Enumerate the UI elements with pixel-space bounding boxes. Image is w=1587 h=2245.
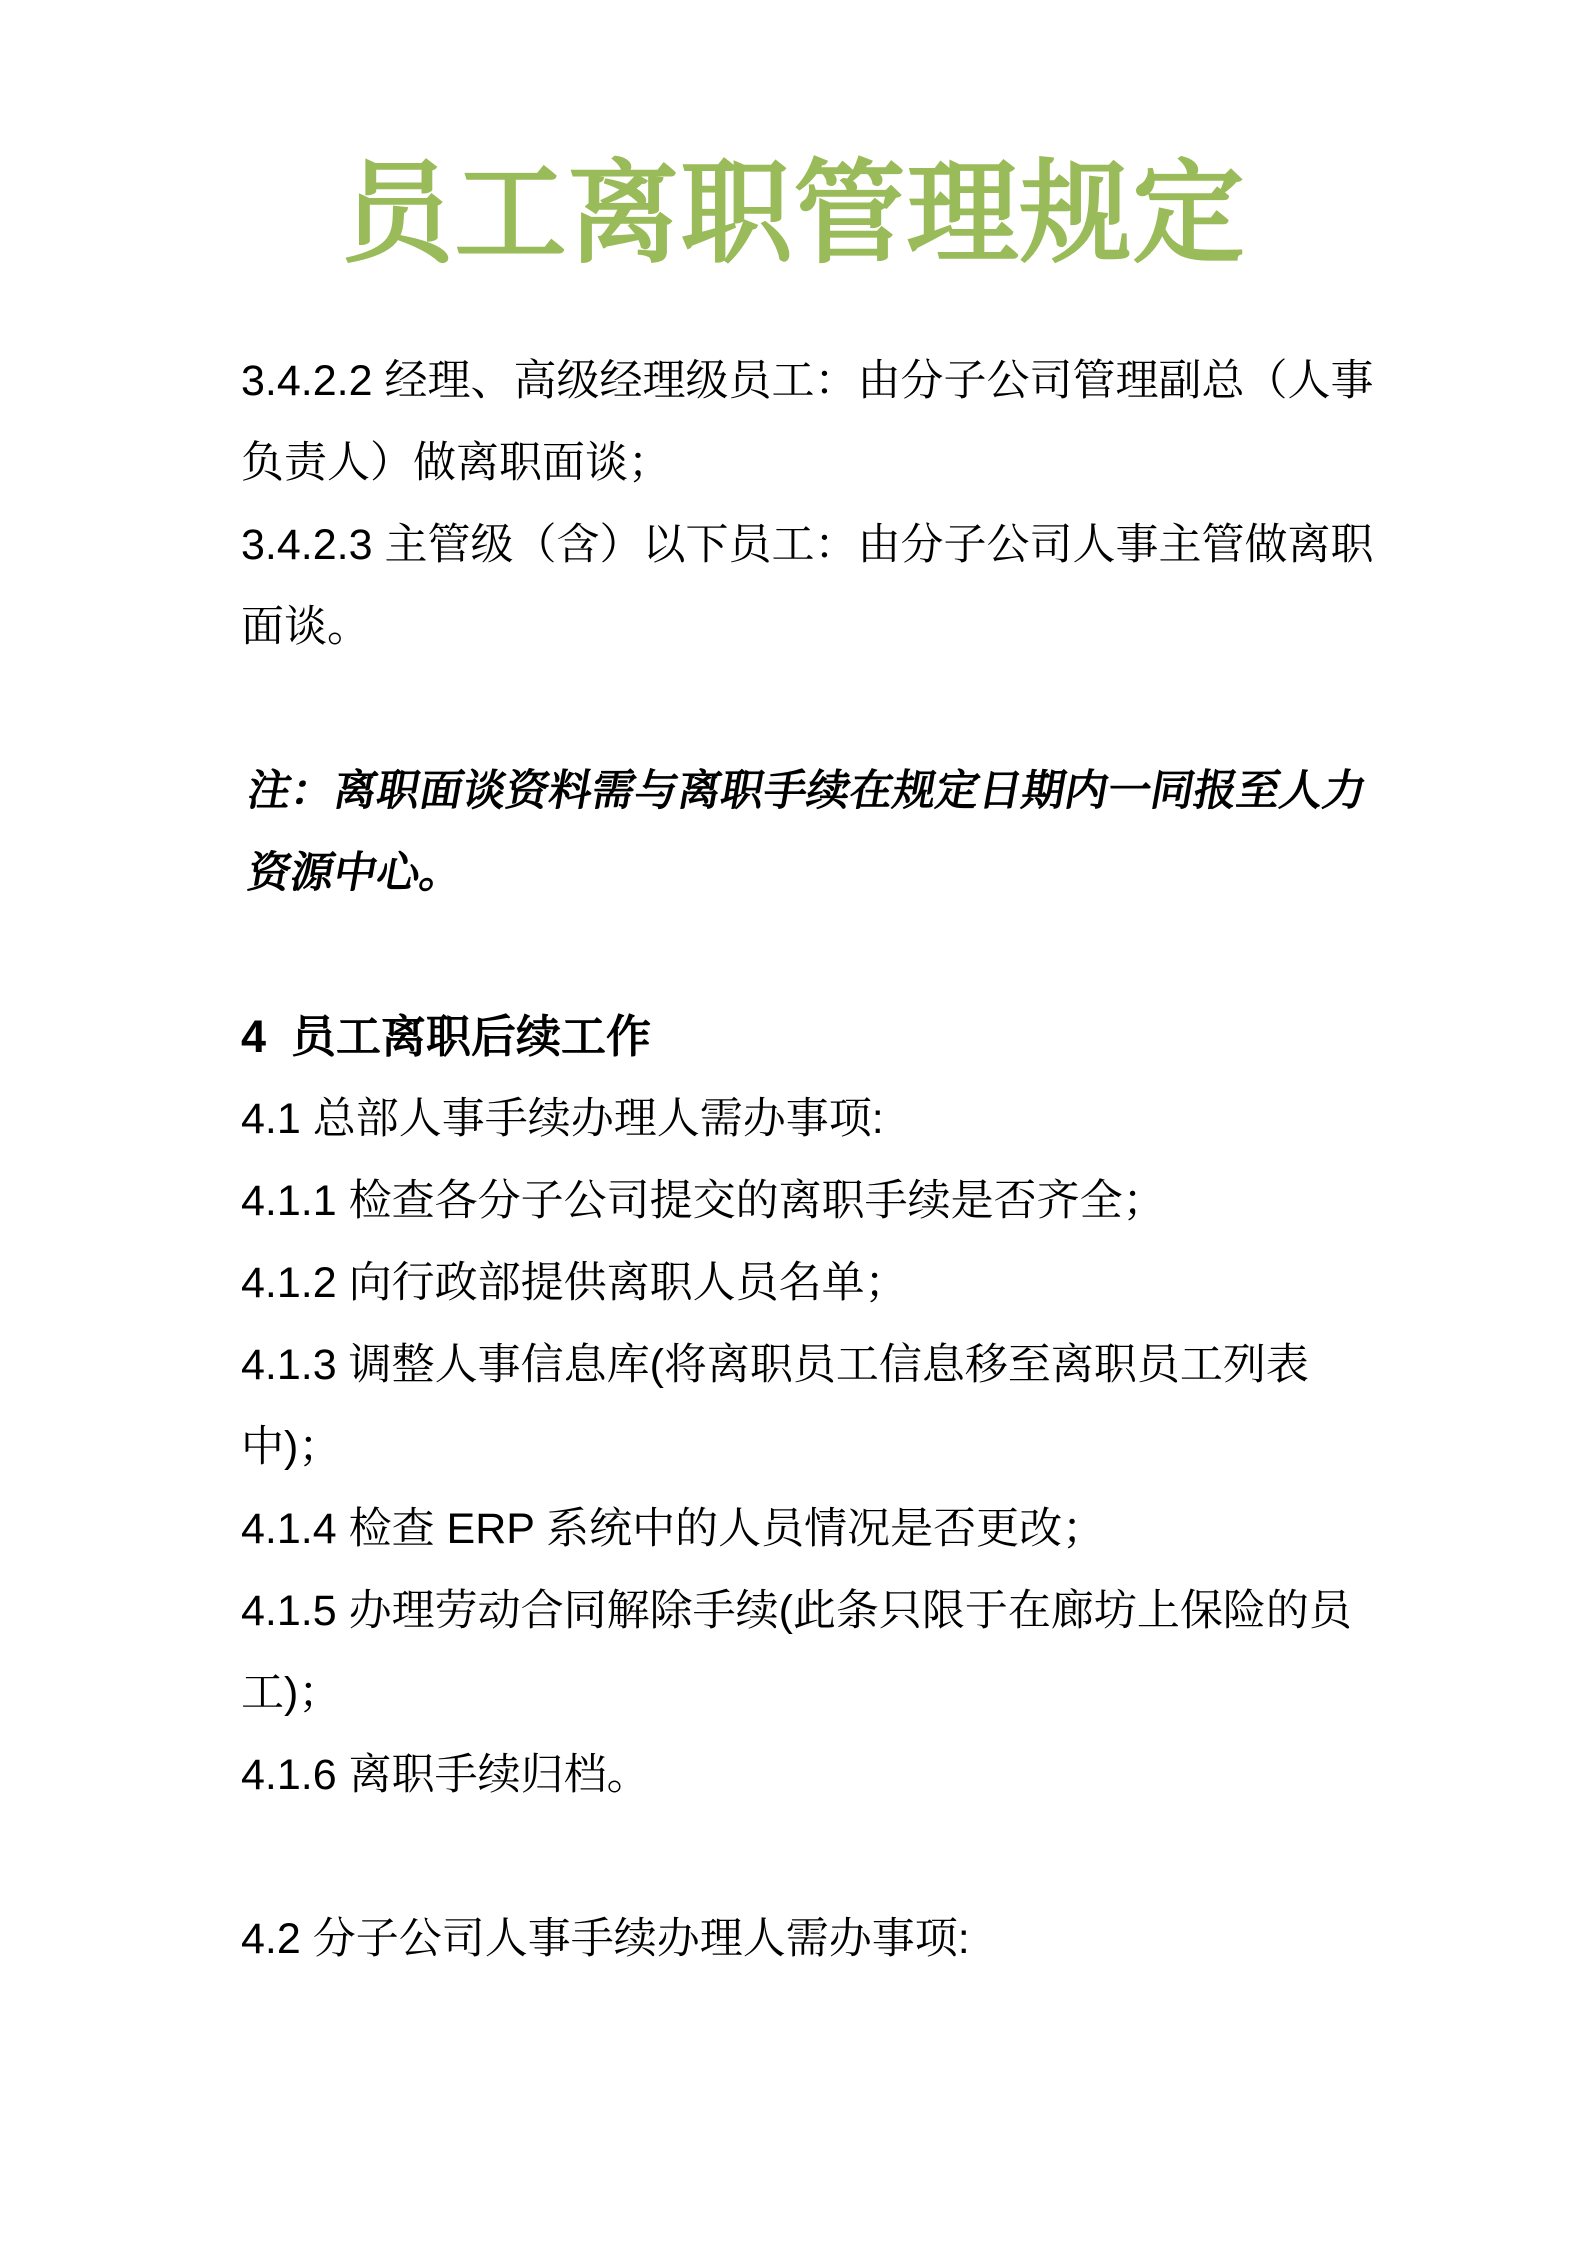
- body-paragraph: 3.4.2.2 经理、高级经理级员工：由分子公司管理副总（人事负责人）做离职面谈…: [241, 340, 1421, 504]
- text-line: 3.4.2.3 主管级（含）以下员工：由分子公司人事主管做离职: [241, 504, 1421, 586]
- document-body: 3.4.2.2 经理、高级经理级员工：由分子公司管理副总（人事负责人）做离职面谈…: [241, 340, 1421, 1980]
- text-line: 面谈。: [241, 586, 1421, 668]
- text-line: 注：离职面谈资料需与离职手续在规定日期内一同报至人力: [241, 750, 1435, 832]
- text-line: 负责人）做离职面谈；: [241, 422, 1421, 504]
- body-paragraph: 4.2 分子公司人事手续办理人需办事项:: [241, 1898, 1421, 1980]
- section-heading: 4 员工离职后续工作: [241, 996, 1421, 1078]
- body-paragraph: 4.1.1 检查各分子公司提交的离职手续是否齐全；: [241, 1160, 1421, 1242]
- paragraph-spacer: [241, 668, 1421, 750]
- body-paragraph: 4.1.4 检查 ERP 系统中的人员情况是否更改；: [241, 1488, 1421, 1570]
- text-line: 资源中心。: [241, 832, 1435, 914]
- body-paragraph: 4.1.5 办理劳动合同解除手续(此条只限于在廊坊上保险的员工)；: [241, 1570, 1421, 1734]
- text-line: 4.1.3 调整人事信息库(将离职员工信息移至离职员工列表: [241, 1324, 1421, 1406]
- document-title: 员工离职管理规定: [0, 148, 1587, 280]
- text-line: 4.1.5 办理劳动合同解除手续(此条只限于在廊坊上保险的员: [241, 1570, 1421, 1652]
- body-paragraph: 4.1 总部人事手续办理人需办事项:: [241, 1078, 1421, 1160]
- text-line: 4.2 分子公司人事手续办理人需办事项:: [241, 1898, 1421, 1980]
- paragraph-spacer: [241, 914, 1421, 996]
- text-line: 4.1.6 离职手续归档。: [241, 1734, 1421, 1816]
- text-line: 工)；: [241, 1652, 1421, 1734]
- paragraph-spacer: [241, 1816, 1421, 1898]
- text-line: 4.1.1 检查各分子公司提交的离职手续是否齐全；: [241, 1160, 1421, 1242]
- text-line: 4.1 总部人事手续办理人需办事项:: [241, 1078, 1421, 1160]
- body-paragraph: 4.1.6 离职手续归档。: [241, 1734, 1421, 1816]
- text-line: 4.1.4 检查 ERP 系统中的人员情况是否更改；: [241, 1488, 1421, 1570]
- text-line: 中)；: [241, 1406, 1421, 1488]
- note-paragraph: 注：离职面谈资料需与离职手续在规定日期内一同报至人力资源中心。: [241, 750, 1421, 914]
- text-line: 4.1.2 向行政部提供离职人员名单；: [241, 1242, 1421, 1324]
- text-line: 4 员工离职后续工作: [241, 996, 1421, 1078]
- body-paragraph: 4.1.2 向行政部提供离职人员名单；: [241, 1242, 1421, 1324]
- body-paragraph: 3.4.2.3 主管级（含）以下员工：由分子公司人事主管做离职面谈。: [241, 504, 1421, 668]
- body-paragraph: 4.1.3 调整人事信息库(将离职员工信息移至离职员工列表中)；: [241, 1324, 1421, 1488]
- document-page: 员工离职管理规定 3.4.2.2 经理、高级经理级员工：由分子公司管理副总（人事…: [0, 0, 1587, 2245]
- text-line: 3.4.2.2 经理、高级经理级员工：由分子公司管理副总（人事: [241, 340, 1421, 422]
